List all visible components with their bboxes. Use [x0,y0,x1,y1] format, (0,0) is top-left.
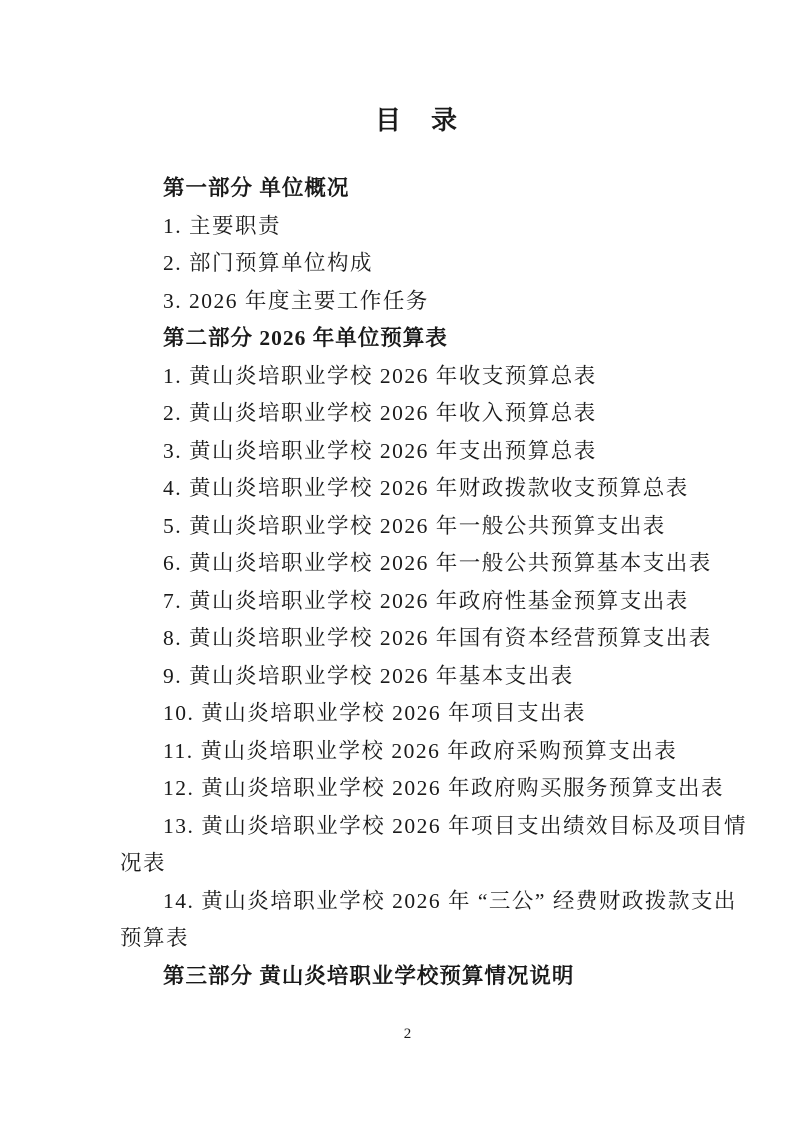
document-page: 目 录 第一部分 单位概况1. 主要职责2. 部门预算单位构成3. 2026 年… [0,0,793,1122]
toc-item: 6. 黄山炎培职业学校 2026 年一般公共预算基本支出表 [120,545,690,583]
toc-section-heading: 第一部分 单位概况 [120,170,690,208]
toc-item: 5. 黄山炎培职业学校 2026 年一般公共预算支出表 [120,508,690,546]
toc-item-continuation: 预算表 [120,920,690,958]
toc-item: 11. 黄山炎培职业学校 2026 年政府采购预算支出表 [120,733,690,771]
toc-item: 3. 2026 年度主要工作任务 [120,283,690,321]
toc-item: 13. 黄山炎培职业学校 2026 年项目支出绩效目标及项目情 [120,808,690,846]
toc-section-heading: 第三部分 黄山炎培职业学校预算情况说明 [120,958,690,996]
toc-item: 1. 主要职责 [120,208,690,246]
toc-item: 4. 黄山炎培职业学校 2026 年财政拨款收支预算总表 [120,470,690,508]
toc-item: 8. 黄山炎培职业学校 2026 年国有资本经营预算支出表 [120,620,690,658]
toc-item: 12. 黄山炎培职业学校 2026 年政府购买服务预算支出表 [120,770,690,808]
toc-item-continuation: 况表 [120,845,690,883]
page-title: 目 录 [120,106,690,136]
page-footer: 2 [0,1024,793,1044]
toc-item: 3. 黄山炎培职业学校 2026 年支出预算总表 [120,433,690,471]
toc-item: 14. 黄山炎培职业学校 2026 年 “三公” 经费财政拨款支出 [120,883,690,921]
toc-item: 2. 黄山炎培职业学校 2026 年收入预算总表 [120,395,690,433]
toc-item: 1. 黄山炎培职业学校 2026 年收支预算总表 [120,358,690,396]
toc-section-heading: 第二部分 2026 年单位预算表 [120,320,690,358]
page-number: 2 [404,1026,412,1042]
toc-item: 7. 黄山炎培职业学校 2026 年政府性基金预算支出表 [120,583,690,621]
toc-item: 9. 黄山炎培职业学校 2026 年基本支出表 [120,658,690,696]
toc-item: 2. 部门预算单位构成 [120,245,690,283]
toc-item: 10. 黄山炎培职业学校 2026 年项目支出表 [120,695,690,733]
table-of-contents: 第一部分 单位概况1. 主要职责2. 部门预算单位构成3. 2026 年度主要工… [120,170,690,995]
